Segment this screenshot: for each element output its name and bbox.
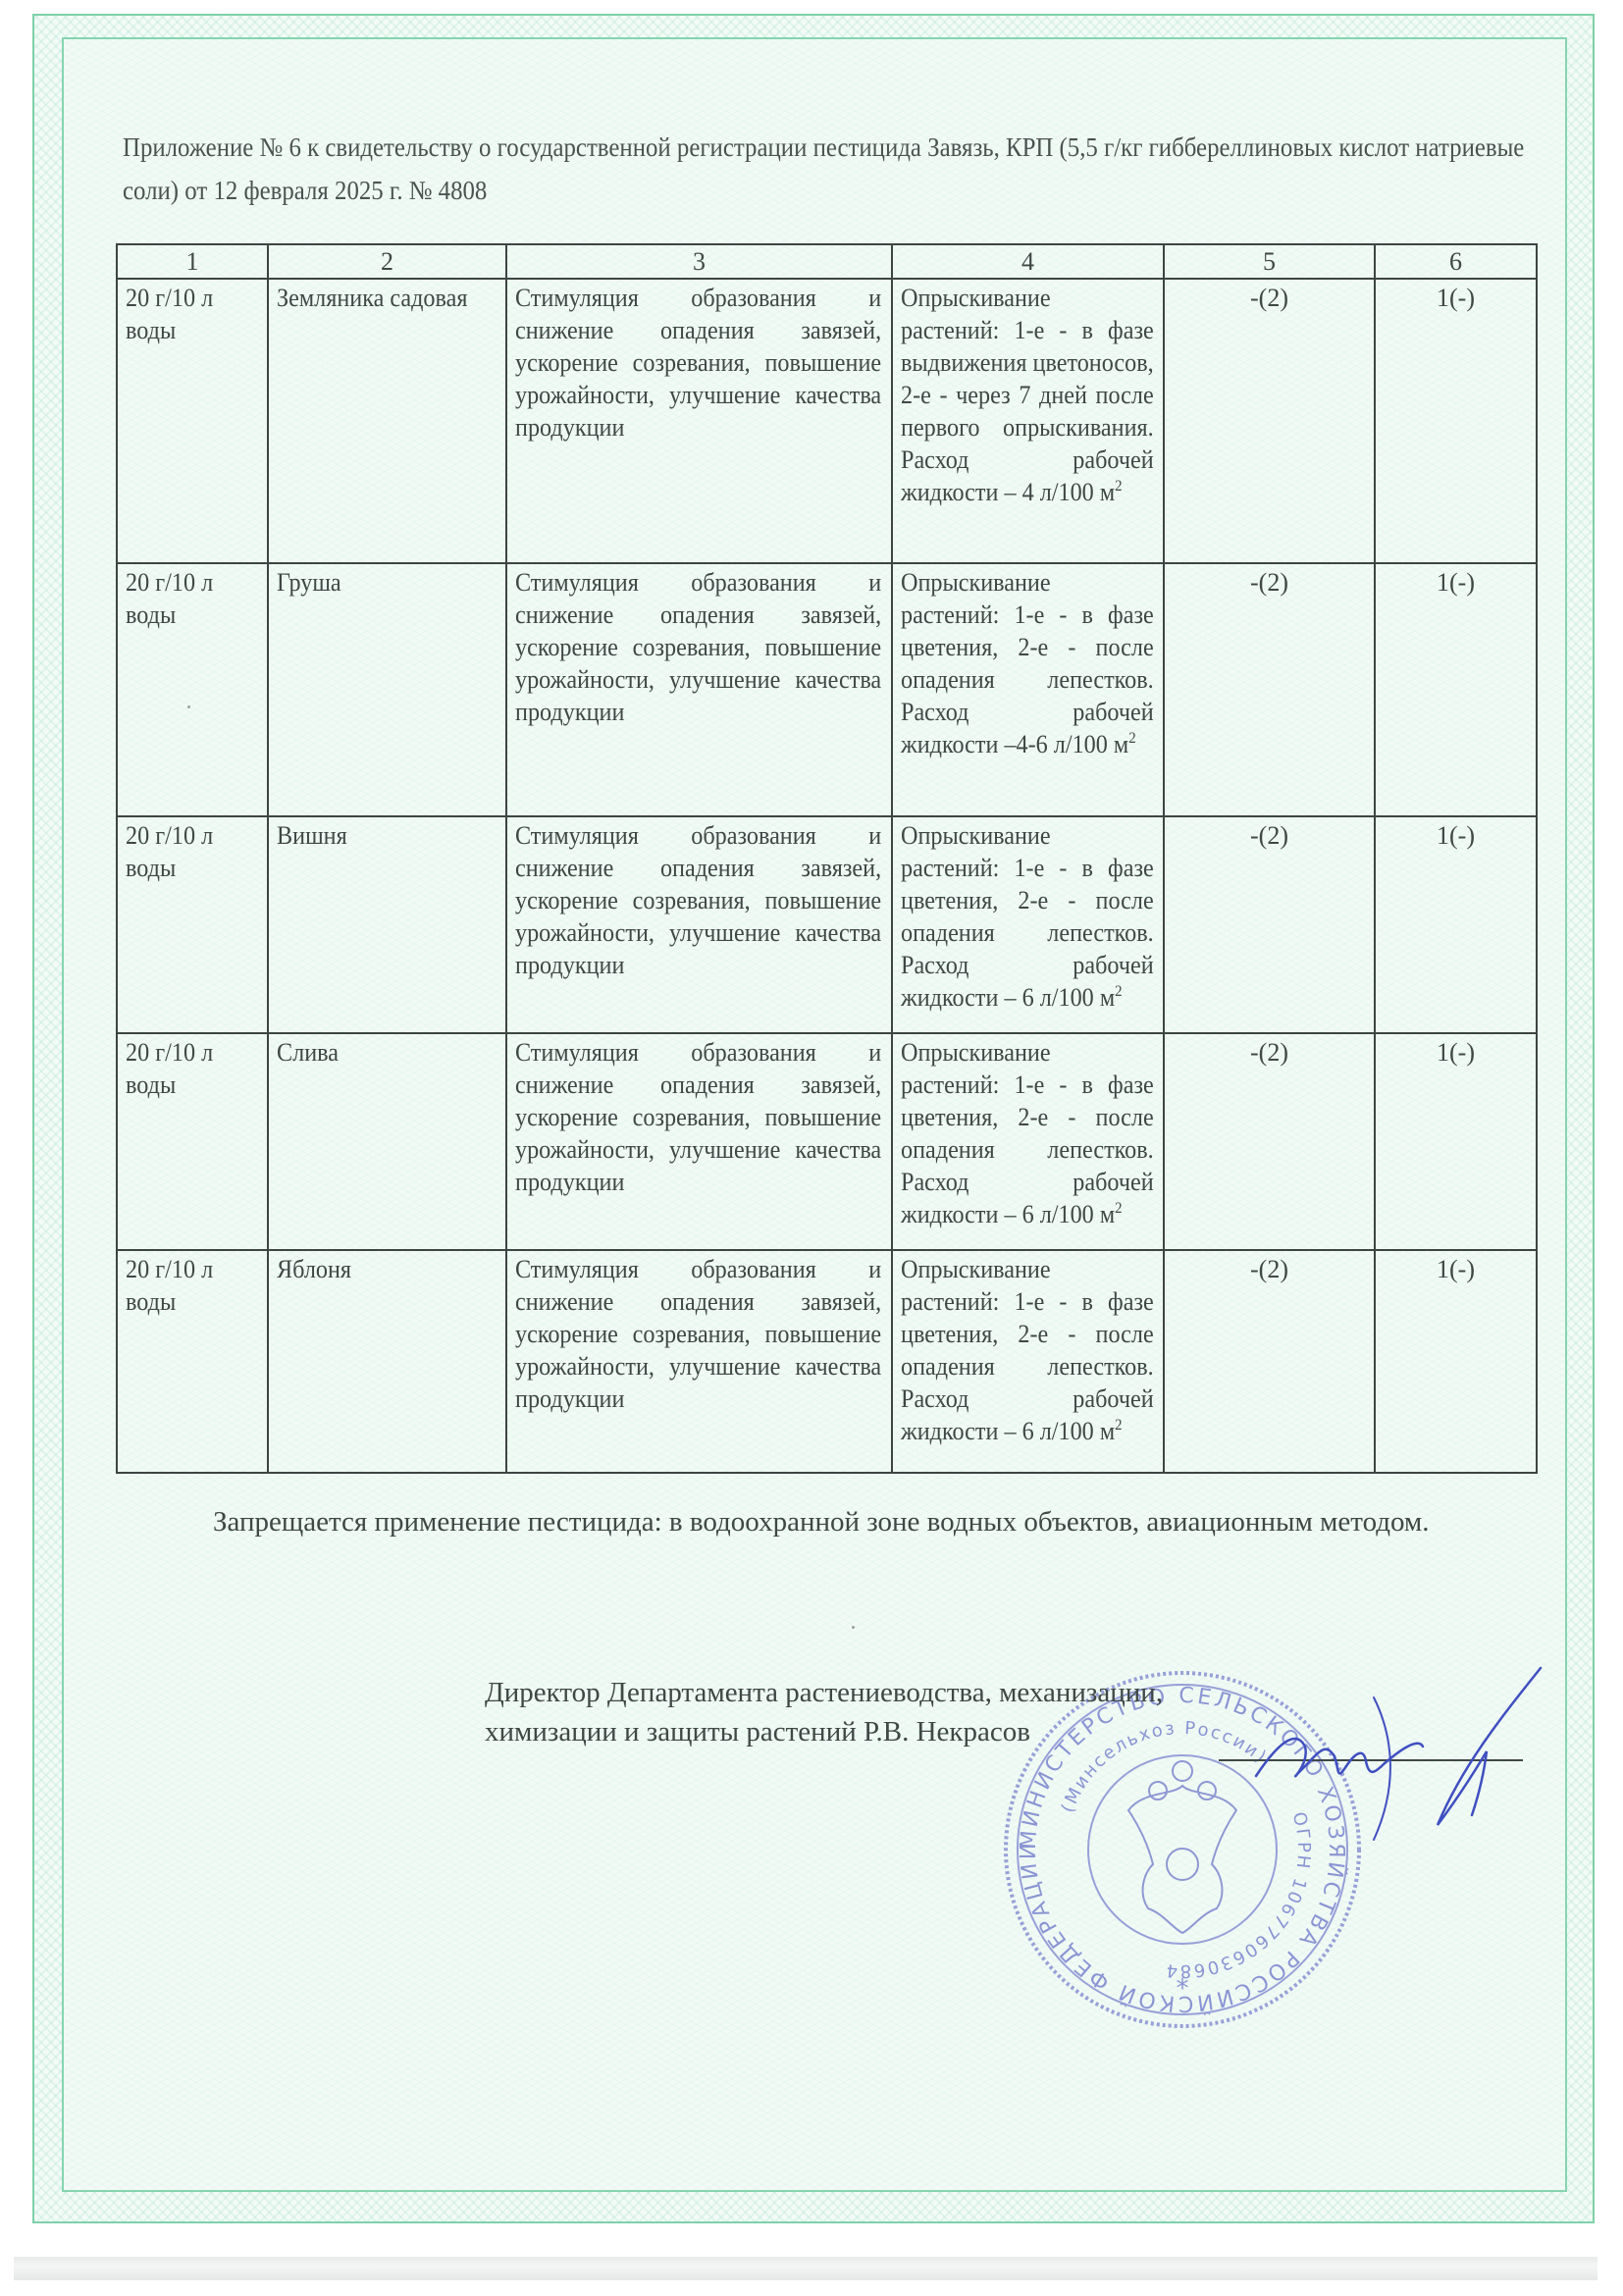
waiting-period-cell: -(2)	[1164, 1033, 1375, 1250]
table-row: 20 г/10 л воды Земляника садовая Стимуля…	[117, 279, 1537, 563]
waiting-period-cell: -(2)	[1164, 279, 1375, 563]
svg-text:*: *	[1177, 1974, 1189, 2004]
column-header: 4	[892, 244, 1164, 279]
crop-cell: Земляника садовая	[268, 279, 506, 563]
table-row: 20 г/10 л воды Вишня Стимуляция образова…	[117, 816, 1537, 1033]
method-cell: Опрыскивание растений: 1-е - в фазе цвет…	[892, 1250, 1164, 1473]
rate-cell: 20 г/10 л воды	[117, 563, 268, 816]
treatments-cell: 1(-)	[1375, 279, 1537, 563]
method-cell: Опрыскивание растений: 1-е - в фазе цвет…	[892, 816, 1164, 1033]
waiting-period-cell: -(2)	[1164, 1250, 1375, 1473]
scan-edge-strip	[14, 2257, 1107, 2280]
column-header: 3	[506, 244, 892, 279]
waiting-period-cell: -(2)	[1164, 816, 1375, 1033]
column-header: 1	[117, 244, 268, 279]
waiting-period-cell: -(2)	[1164, 563, 1375, 816]
appendix-title: Приложение № 6 к свидетельству о государ…	[123, 126, 1540, 212]
scan-edge-strip-right	[1107, 2257, 1597, 2280]
column-header: 2	[268, 244, 506, 279]
crop-cell: Груша	[268, 563, 506, 816]
treatments-cell: 1(-)	[1375, 816, 1537, 1033]
scan-speck	[852, 1626, 855, 1629]
treatments-cell: 1(-)	[1375, 1033, 1537, 1250]
purpose-cell: Стимуляция образования и снижение опаден…	[506, 816, 892, 1033]
crop-cell: Вишня	[268, 816, 506, 1033]
table-row: 20 г/10 л воды Слива Стимуляция образова…	[117, 1033, 1537, 1250]
scan-speck	[187, 705, 190, 708]
handwritten-signature-icon	[1227, 1658, 1560, 1845]
rate-cell: 20 г/10 л воды	[117, 1250, 268, 1473]
column-header: 5	[1164, 244, 1375, 279]
rate-cell: 20 г/10 л воды	[117, 1033, 268, 1250]
method-cell: Опрыскивание растений: 1-е - в фазе выдв…	[892, 279, 1164, 563]
treatments-cell: 1(-)	[1375, 1250, 1537, 1473]
method-cell: Опрыскивание растений: 1-е - в фазе цвет…	[892, 1033, 1164, 1250]
method-cell: Опрыскивание растений: 1-е - в фазе цвет…	[892, 563, 1164, 816]
table-header-row: 1 2 3 4 5 6	[117, 244, 1537, 279]
crop-cell: Яблоня	[268, 1250, 506, 1473]
column-header: 6	[1375, 244, 1537, 279]
prohibition-note: Запрещается применение пестицида: в водо…	[123, 1501, 1536, 1542]
registration-table: 1 2 3 4 5 6 20 г/10 л воды Земляника сад…	[116, 243, 1538, 1474]
table-row: 20 г/10 л воды Яблоня Стимуляция образов…	[117, 1250, 1537, 1473]
treatments-cell: 1(-)	[1375, 563, 1537, 816]
purpose-cell: Стимуляция образования и снижение опаден…	[506, 279, 892, 563]
rate-cell: 20 г/10 л воды	[117, 816, 268, 1033]
table-row: 20 г/10 л воды Груша Стимуляция образова…	[117, 563, 1537, 816]
crop-cell: Слива	[268, 1033, 506, 1250]
purpose-cell: Стимуляция образования и снижение опаден…	[506, 1033, 892, 1250]
purpose-cell: Стимуляция образования и снижение опаден…	[506, 1250, 892, 1473]
purpose-cell: Стимуляция образования и снижение опаден…	[506, 563, 892, 816]
rate-cell: 20 г/10 л воды	[117, 279, 268, 563]
